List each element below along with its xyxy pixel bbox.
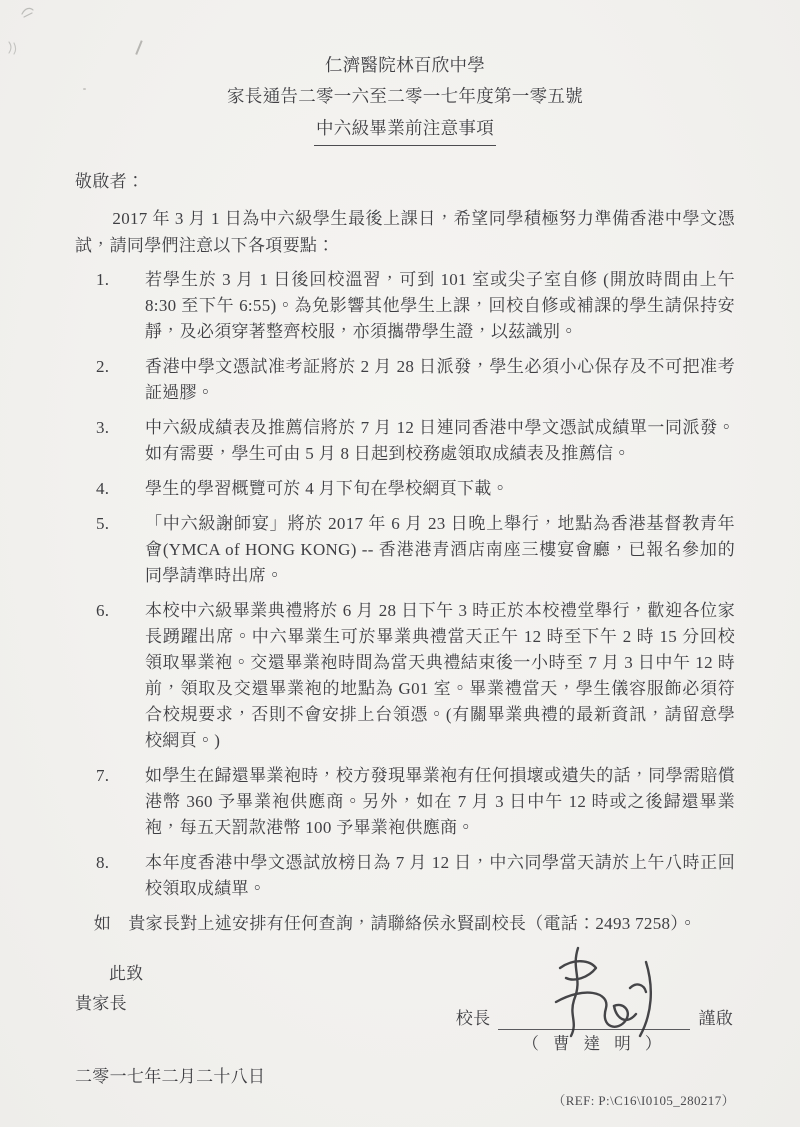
ref-code: （REF: P:\C16\I0105_280217） [75, 1090, 735, 1112]
item-number: 5. [96, 511, 109, 537]
item-text: 中六級成績表及推薦信將於 7 月 12 日連同香港中學文憑試成績單一同派發。如有… [145, 418, 735, 463]
signature-line [498, 1003, 690, 1030]
notice-item-1: 1. 若學生於 3 月 1 日後回校溫習，可到 101 室或尖子室自修 (開放時… [75, 267, 735, 345]
item-number: 8. [96, 850, 109, 876]
item-text: 「中六級謝師宴」將於 2017 年 6 月 23 日晚上舉行，地點為香港基督教青… [145, 514, 735, 585]
item-text: 若學生於 3 月 1 日後回校溫習，可到 101 室或尖子室自修 (開放時間由上… [145, 270, 735, 341]
item-text: 本年度香港中學文憑試放榜日為 7 月 12 日，中六同學當天請於上午八時正回校領… [145, 853, 735, 898]
scan-artifact-mark [6, 40, 19, 55]
notice-date: 二零一七年二月二十八日 [75, 1064, 735, 1090]
notice-item-5: 5. 「中六級謝師宴」將於 2017 年 6 月 23 日晚上舉行，地點為香港基… [75, 511, 735, 589]
item-number: 3. [96, 415, 109, 441]
principal-name: （ 曹 達 明 ） [522, 1032, 666, 1056]
greeting: 敬啟者： [75, 168, 735, 195]
intro-paragraph: 2017 年 3 月 1 日為中六級學生最後上課日，希望同學積極努力準備香港中學… [75, 205, 735, 259]
notice-item-7: 7. 如學生在歸還畢業袍時，校方發現畢業袍有任何損壞或遺失的話，同學需賠償港幣 … [75, 763, 735, 841]
signature-block: 校長 （ 曹 達 明 ） 謹啟 [75, 1003, 735, 1056]
notice-item-3: 3. 中六級成績表及推薦信將於 7 月 12 日連同香港中學文憑試成績單一同派發… [75, 415, 735, 467]
signoff-label: 謹啟 [698, 1006, 733, 1032]
scanned-notice-page: 仁濟醫院林百欣中學 家長通告二零一六至二零一七年度第一零五號 中六級畢業前注意事… [0, 0, 800, 1127]
notice-points-list: 1. 若學生於 3 月 1 日後回校溫習，可到 101 室或尖子室自修 (開放時… [75, 267, 735, 902]
school-name: 仁濟醫院林百欣中學 [75, 50, 735, 80]
item-number: 6. [96, 598, 109, 624]
item-text: 學生的學習概覽可於 4 月下旬在學校網頁下載。 [145, 479, 509, 498]
notice-header: 仁濟醫院林百欣中學 家長通告二零一六至二零一七年度第一零五號 中六級畢業前注意事… [75, 50, 735, 146]
principal-role-label: 校長 [456, 1006, 491, 1032]
notice-item-8: 8. 本年度香港中學文憑試放榜日為 7 月 12 日，中六同學當天請於上午八時正… [75, 850, 735, 902]
item-number: 2. [96, 354, 109, 380]
item-number: 4. [96, 476, 109, 502]
item-text: 本校中六級畢業典禮將於 6 月 28 日下午 3 時正於本校禮堂舉行，歡迎各位家… [145, 601, 735, 750]
item-number: 7. [96, 763, 109, 789]
item-number: 1. [96, 267, 109, 293]
notice-subject-line: 中六級畢業前注意事項 [75, 112, 735, 146]
notice-number: 家長通告二零一六至二零一七年度第一零五號 [75, 80, 735, 112]
enquiry-line: 如 貴家長對上述安排有任何查詢，請聯絡侯永賢副校長（電話：2493 7258）。 [75, 911, 735, 937]
notice-subject: 中六級畢業前注意事項 [314, 112, 496, 146]
notice-item-4: 4. 學生的學習概覽可於 4 月下旬在學校網頁下載。 [75, 476, 735, 502]
scan-artifact-mark [20, 5, 36, 19]
notice-item-2: 2. 香港中學文憑試准考証將於 2 月 28 日派發，學生必須小心保存及不可把准… [75, 354, 735, 406]
item-text: 香港中學文憑試准考証將於 2 月 28 日派發，學生必須小心保存及不可把准考証過… [145, 357, 735, 402]
closing-salute: 此致 [75, 961, 735, 987]
notice-item-6: 6. 本校中六級畢業典禮將於 6 月 28 日下午 3 時正於本校禮堂舉行，歡迎… [75, 598, 735, 754]
item-text: 如學生在歸還畢業袍時，校方發現畢業袍有任何損壞或遺失的話，同學需賠償港幣 360… [145, 766, 735, 837]
signature-column: （ 曹 達 明 ） [498, 1003, 690, 1056]
